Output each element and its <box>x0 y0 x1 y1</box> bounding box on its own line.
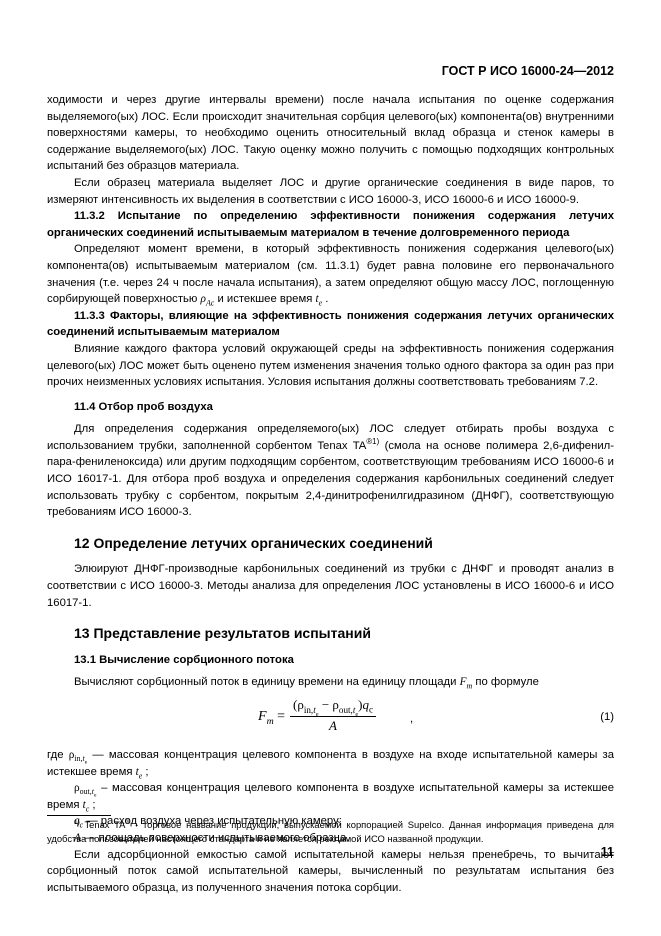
text: по формуле <box>475 676 539 688</box>
paragraph: Вычисляют сорбционный поток в единицу вр… <box>47 674 614 691</box>
section-heading-11-4: 11.4 Отбор проб воздуха <box>74 399 614 416</box>
paragraph: Если образец материала выделяет ЛОС и др… <box>47 175 614 208</box>
formula-1: Fm = (ρin,te − ρout,te)qc A , (1) <box>47 697 614 743</box>
rho-ac-symbol: ρAc <box>201 293 215 305</box>
formula-denominator: A <box>290 717 376 735</box>
paragraph: Для определения содержания определяемого… <box>47 421 614 521</box>
footnote-divider <box>47 815 111 816</box>
paragraph: Если адсорбционной емкостью самой испыта… <box>47 847 614 897</box>
paragraph: Определяют момент времени, в который эфф… <box>47 241 614 307</box>
section-heading-12: 12 Определение летучих органических соед… <box>74 535 614 552</box>
where-item-rho-in: где ρin,te — массовая концентрация целев… <box>47 747 614 780</box>
document-page: ГОСТ Р ИСО 16000-24—2012 ходимости и чер… <box>0 0 661 936</box>
paragraph: ходимости и через другие интервалы време… <box>47 92 614 175</box>
text: Вычисляют сорбционный поток в единицу вр… <box>74 676 456 688</box>
formula-fraction: (ρin,te − ρout,te)qc A <box>290 697 376 735</box>
formula-comma: , <box>410 711 413 728</box>
paragraph: Элюируют ДНФГ-производные карбонильных с… <box>47 561 614 611</box>
section-heading-11-3-2: 11.3.2 Испытание по определению эффектив… <box>47 208 614 241</box>
formula-lhs: Fm = <box>258 709 285 726</box>
fm-symbol: Fm <box>460 676 473 688</box>
equation-number: (1) <box>600 709 614 726</box>
footnote: 1) Tenax TA® - торговое название продукц… <box>47 818 614 845</box>
document-body: ходимости и через другие интервалы време… <box>47 92 614 896</box>
paragraph: Влияние каждого фактора условий окружающ… <box>47 341 614 391</box>
section-heading-13: 13 Представление результатов испытаний <box>74 625 614 642</box>
te-symbol: te <box>315 293 322 305</box>
footnote-ref[interactable]: ®1) <box>366 437 379 446</box>
where-item-rho-out: ρout,te – массовая концентрация целевого… <box>47 780 614 813</box>
section-heading-11-3-3: 11.3.3 Факторы, влияющие на эффективност… <box>47 308 614 341</box>
document-header-id: ГОСТ Р ИСО 16000-24—2012 <box>442 64 614 78</box>
text: и истекшее время <box>217 293 312 305</box>
formula-numerator: (ρin,te − ρout,te)qc <box>290 697 376 717</box>
section-heading-13-1: 13.1 Вычисление сорбционного потока <box>74 652 614 669</box>
text: Определяют момент времени, в который эфф… <box>47 243 614 305</box>
page-number: 11 <box>601 845 614 859</box>
text: . <box>325 293 328 305</box>
